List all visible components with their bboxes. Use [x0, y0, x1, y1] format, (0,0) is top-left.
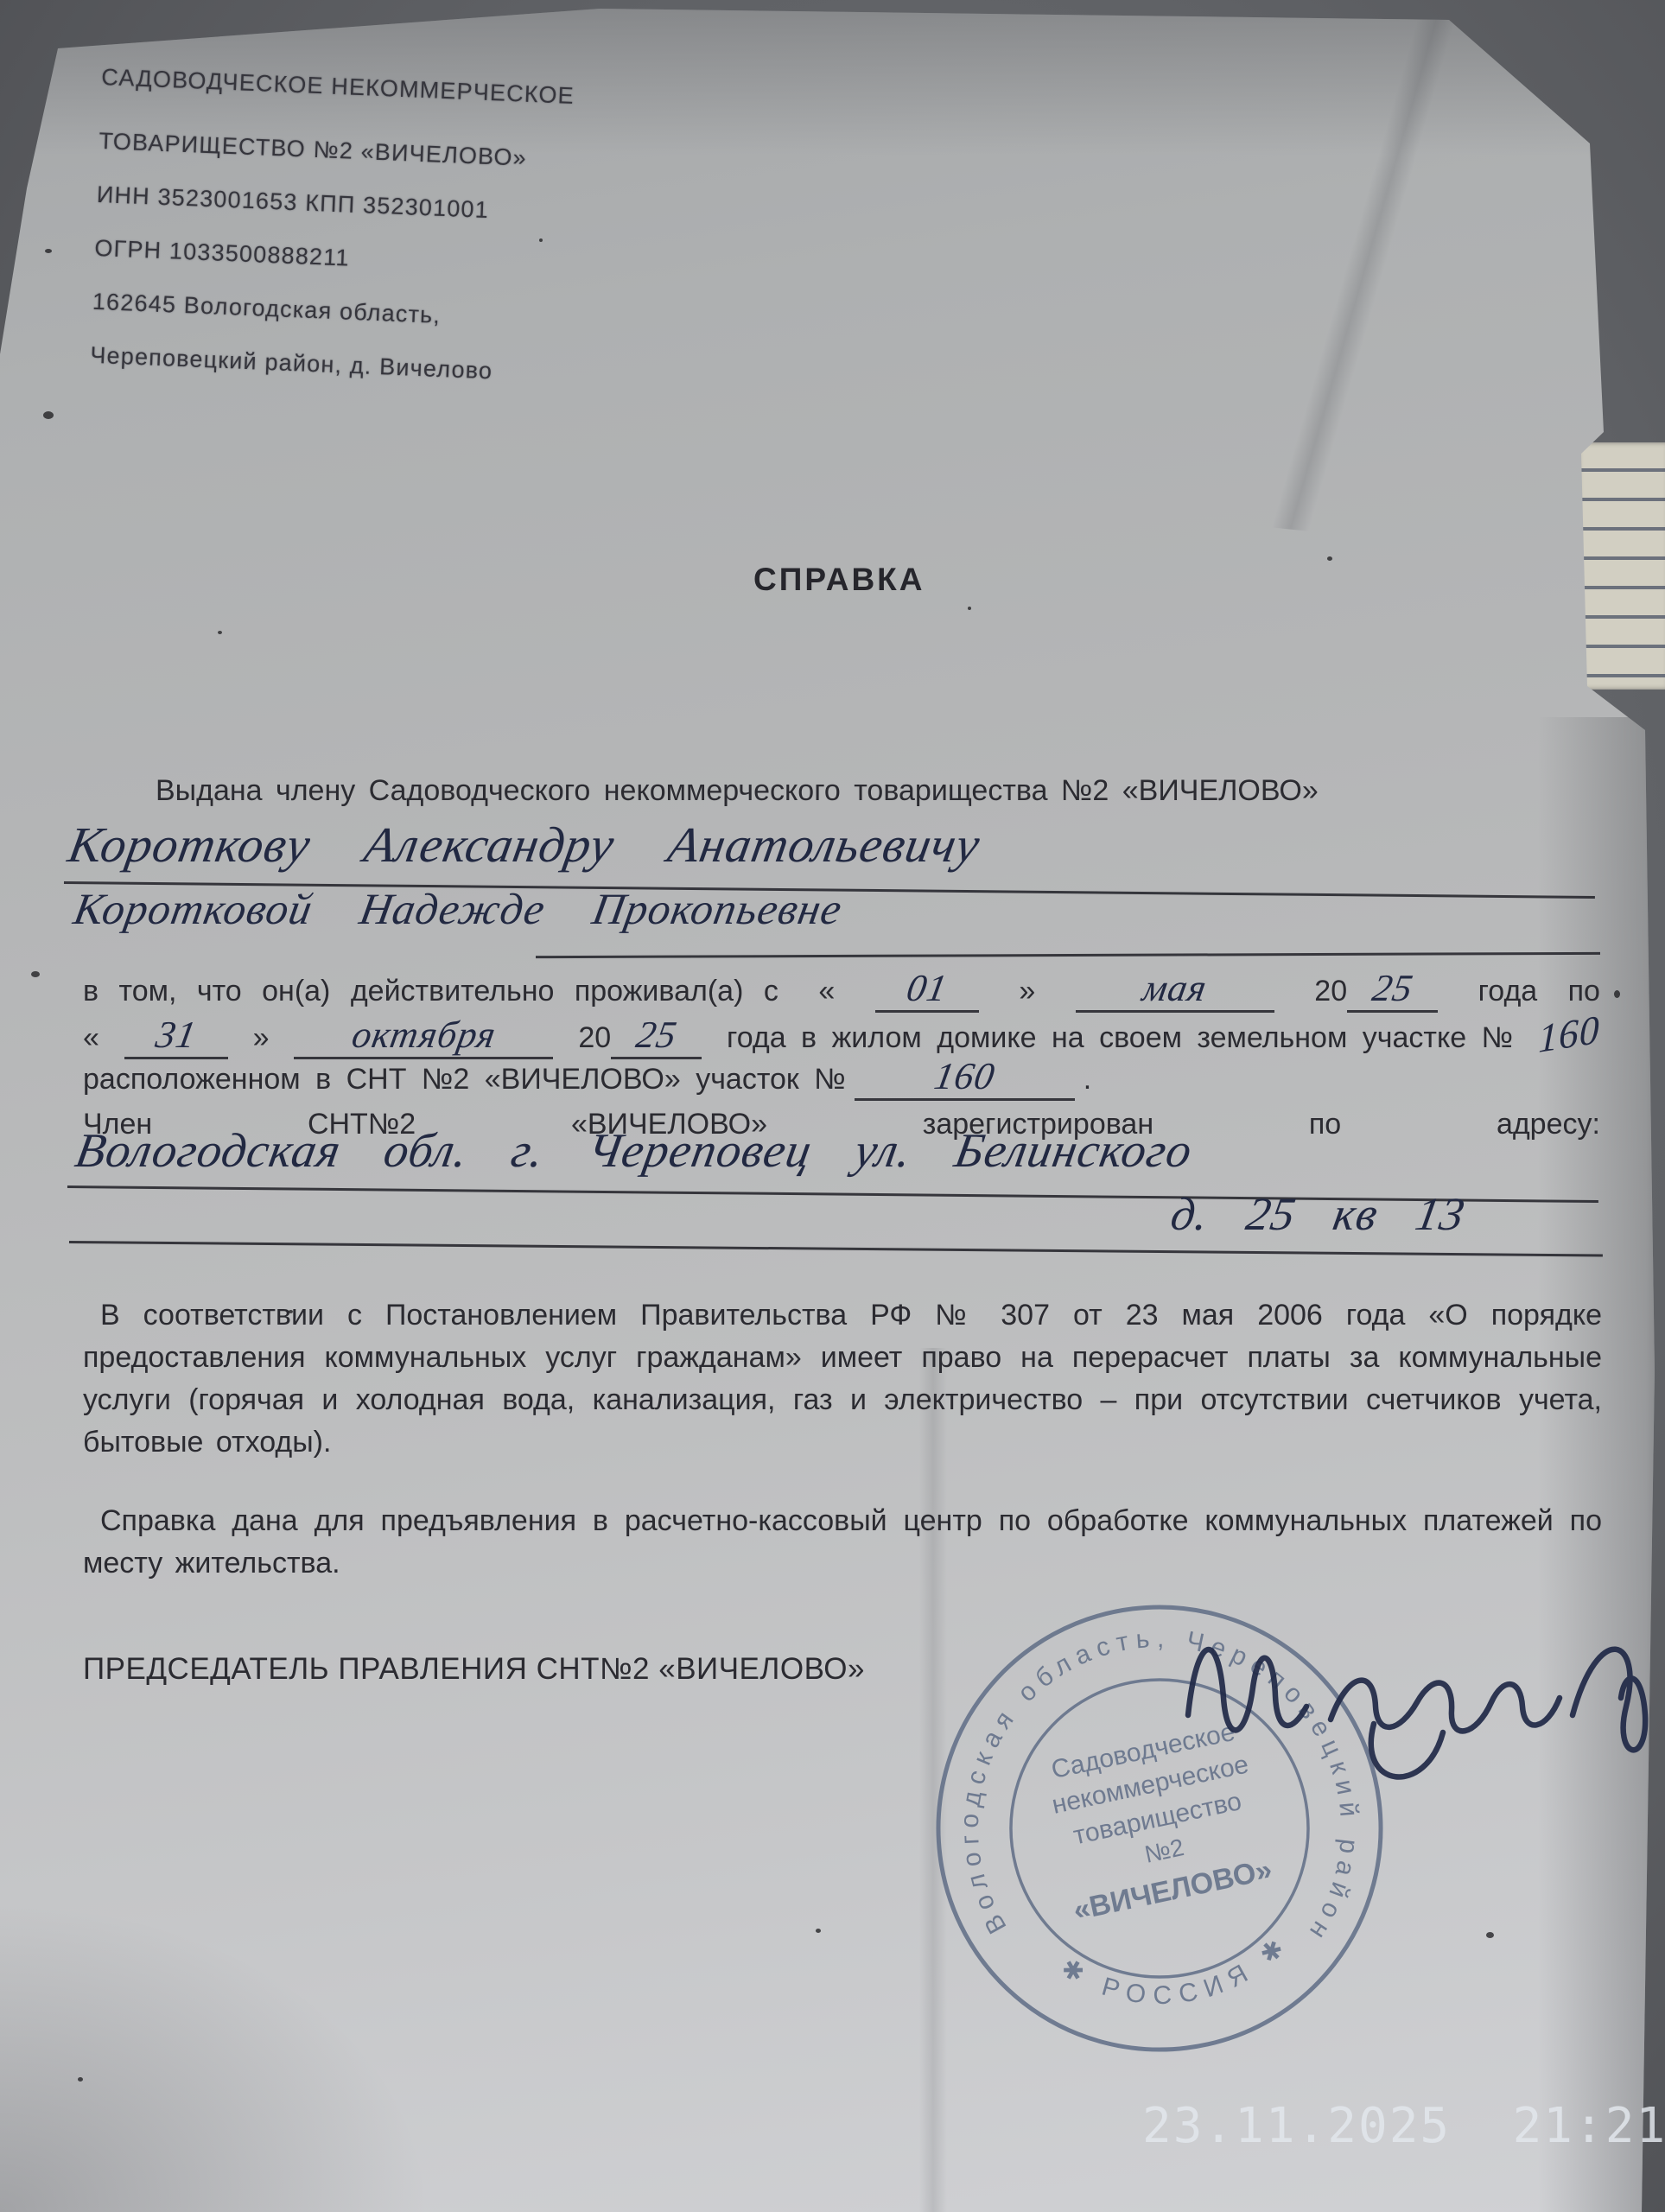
letterhead-address-line2: Череповецкий район, д. Вичелово [90, 342, 564, 390]
signature-stroke [1331, 1681, 1560, 1732]
quote-open: « [818, 975, 835, 1008]
located-in-printed: расположенном в СНТ №2 «ВИЧЕЛОВО» участо… [83, 1063, 846, 1096]
letterhead-address-line1: 162645 Вологодская область, [92, 289, 566, 336]
photo-of-document: САДОВОДЧЕСКОЕ НЕКОММЕРЧЕСКОЕ ТОВАРИЩЕСТВ… [0, 0, 1665, 2212]
handwritten-year-to-blank: 25 [611, 1013, 702, 1059]
signature-stroke [1573, 1649, 1645, 1751]
printed-century: 20 [1314, 975, 1347, 1007]
camera-timestamp: 23.11.2025 21:21 [1142, 2098, 1665, 2154]
handwritten-year-from-blank: 25 [1347, 966, 1438, 1013]
quote-open: « [83, 1021, 99, 1055]
period-printed-start: в том, что он(а) действительно проживал(… [83, 975, 778, 1008]
signature-stroke [1188, 1649, 1306, 1730]
handwritten-month-to-blank: октября [294, 1013, 553, 1059]
dust-speck [218, 631, 222, 634]
quote-close: » [253, 1021, 270, 1055]
chairman-signature [1115, 1581, 1665, 1832]
chairman-title-line: ПРЕДСЕДАТЕЛЬ ПРАВЛЕНИЯ СНТ№2 «ВИЧЕЛОВО» [83, 1652, 865, 1687]
residence-period-line1: в том, что он(а) действительно проживал(… [83, 966, 1600, 1013]
issued-to-intro: Выдана члену Садоводческого некоммерческ… [83, 774, 1319, 808]
handwritten-month-from-blank: мая [1076, 966, 1274, 1013]
letterhead-ogrn: ОГРН 1033500888211 [94, 235, 569, 283]
handwritten-recipient-2: Коротковой Надежде Прокопьевне [70, 885, 846, 935]
legal-basis-paragraph: В соответствии с Постановлением Правител… [83, 1294, 1602, 1464]
handwritten-day-to: 31 [152, 1013, 200, 1057]
adjacent-paper-edge [1574, 442, 1665, 690]
letterhead: САДОВОДЧЕСКОЕ НЕКОММЕРЧЕСКОЕ ТОВАРИЩЕСТВ… [89, 64, 575, 415]
residence-period-line2: « 31 » октября 2025 года в жилом домике … [83, 1011, 1600, 1059]
handwritten-plot-number-2: 160 [931, 1054, 998, 1098]
paper-shadow [1538, 717, 1665, 2212]
dust-speck [816, 1929, 821, 1933]
handwritten-year-from: 25 [1369, 966, 1416, 1010]
paper-shadow [0, 1901, 432, 2212]
year-to-group: 2025 [578, 1013, 702, 1059]
period-printed-mid: года в жилом домике на своем земельном у… [727, 1021, 1513, 1055]
handwritten-month-from: мая [1139, 966, 1211, 1010]
form-rule-line [536, 952, 1600, 958]
dust-speck [1486, 1932, 1494, 1938]
handwritten-registration-address-1: Вологодская обл. г. Череповец ул. Белинс… [71, 1123, 1197, 1179]
residence-period-line3: расположенном в СНТ №2 «ВИЧЕЛОВО» участо… [83, 1054, 1600, 1101]
dust-speck [1327, 556, 1332, 561]
certificate-paper: САДОВОДЧЕСКОЕ НЕКОММЕРЧЕСКОЕ ТОВАРИЩЕСТВ… [0, 0, 1665, 2212]
handwritten-day-from: 01 [903, 966, 950, 1010]
handwritten-year-to: 25 [632, 1013, 680, 1057]
member-word: адресу: [1497, 1108, 1600, 1141]
dust-speck [289, 1310, 293, 1313]
printed-century: 20 [578, 1021, 611, 1054]
period-printed-tail: года по [1478, 975, 1600, 1008]
quote-close: » [1019, 975, 1035, 1008]
year-from-group: 2025 [1314, 966, 1438, 1013]
handwritten-day-to-blank: 31 [124, 1013, 228, 1059]
handwritten-plot-number-2-blank: 160 [855, 1054, 1075, 1101]
dust-speck [31, 971, 40, 977]
dust-speck [539, 238, 543, 242]
document-title: СПРАВКА [753, 562, 925, 598]
letterhead-org-line2: ТОВАРИЩЕСТВО №2 «ВИЧЕЛОВО» [99, 128, 573, 175]
dust-speck [43, 411, 54, 419]
stamp-center-line5: «ВИЧЕЛОВО» [1071, 1853, 1275, 1928]
handwritten-day-from-blank: 01 [875, 966, 979, 1013]
member-word: по [1309, 1108, 1341, 1141]
dust-speck [78, 2077, 83, 2082]
signature-stroke [1371, 1724, 1443, 1777]
letterhead-inn-kpp: ИНН 3523001653 КПП 352301001 [96, 181, 570, 229]
form-rule-line [69, 1241, 1603, 1256]
sentence-period: . [1084, 1063, 1091, 1096]
handwritten-month-to: октября [348, 1013, 499, 1057]
handwritten-recipient-1: Короткову Александру Анатольевичу [64, 816, 985, 874]
handwritten-registration-address-2: д. 25 кв 13 [1167, 1187, 1470, 1241]
dust-speck [45, 249, 52, 253]
dust-speck [968, 607, 971, 610]
dust-speck [1614, 990, 1620, 998]
stamp-center-line4: №2 [1142, 1834, 1186, 1868]
